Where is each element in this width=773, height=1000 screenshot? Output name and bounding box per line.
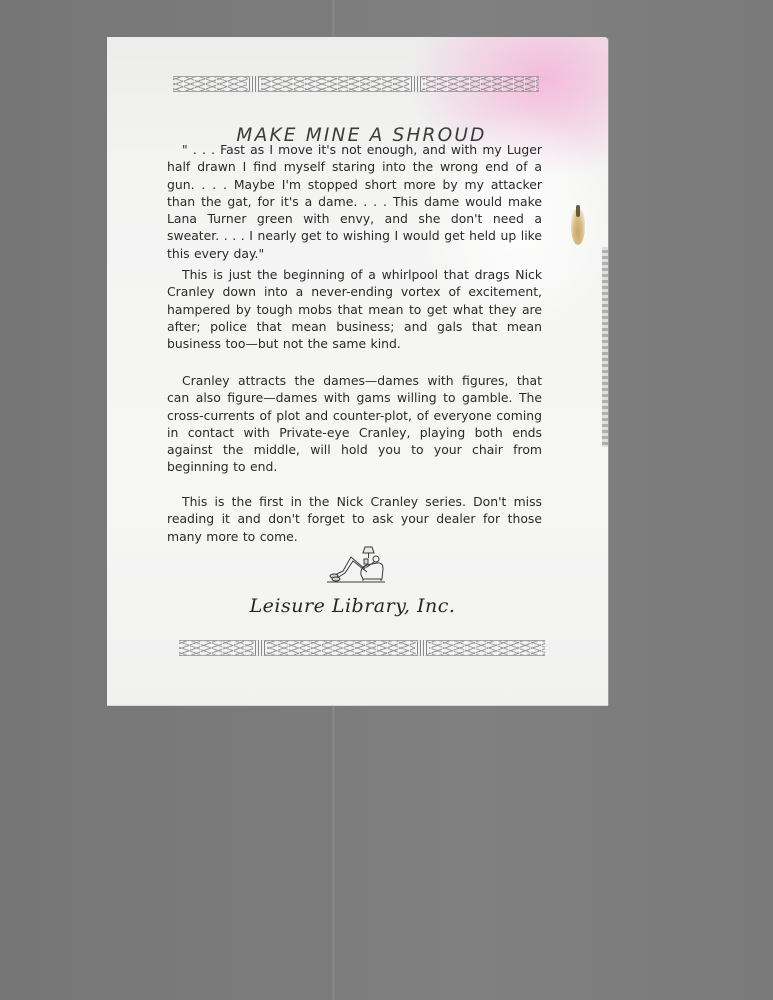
rope-knot-icon (247, 76, 261, 92)
page-edge (602, 247, 608, 447)
excerpt-quote: " . . . Fast as I move it's not enough, … (167, 141, 542, 262)
rope-knot-icon (409, 76, 423, 92)
publisher-name: Leisure Library, Inc. (107, 595, 608, 617)
tan-stain (571, 209, 585, 245)
blurb-paragraph-1: This is just the beginning of a whirlpoo… (167, 266, 542, 352)
man-reading-in-armchair-icon (325, 545, 389, 583)
blurb-paragraph-2: Cranley attracts the dames—dames with fi… (167, 372, 542, 476)
rope-knot-icon (415, 640, 429, 656)
blurb-paragraph-3: This is the first in the Nick Cranley se… (167, 493, 542, 545)
rope-border-bottom (179, 640, 545, 656)
rope-border-top (173, 76, 539, 92)
rope-knot-icon (253, 640, 267, 656)
book-back-cover: MAKE MINE A SHROUD " . . . Fast as I mov… (107, 37, 608, 705)
